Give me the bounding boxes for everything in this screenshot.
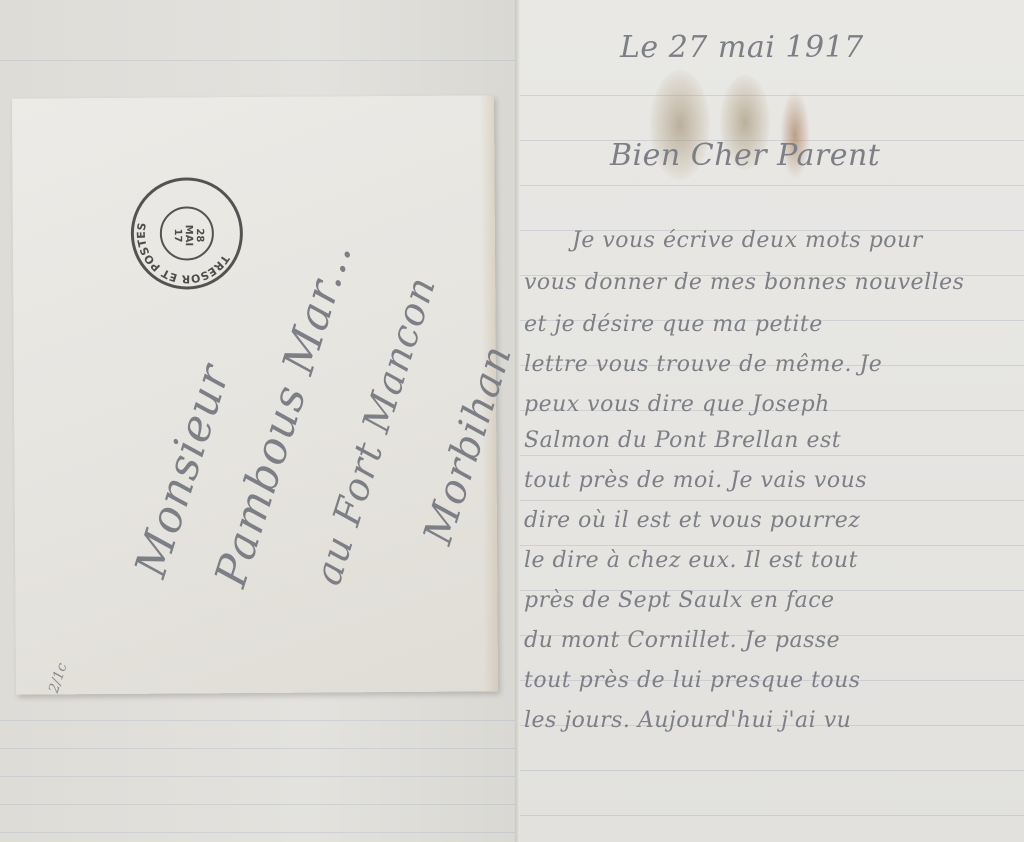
letter-line: du mont Cornillet. Je passe <box>524 628 840 653</box>
postmark-date-circle: 28 MAI 17 <box>160 206 214 260</box>
postmark-month: MAI <box>183 225 194 246</box>
letter-line: le dire à chez eux. Il est tout <box>524 548 858 573</box>
letter-salutation: Bien Cher Parent <box>610 138 880 173</box>
letter-line: Salmon du Pont Brellan est <box>524 428 841 453</box>
letter-page: Le 27 mai 1917 Bien Cher Parent Je vous … <box>520 0 1024 842</box>
letter-line: les jours. Aujourd'hui j'ai vu <box>524 708 851 733</box>
letter-date: Le 27 mai 1917 <box>620 30 864 65</box>
letter-line: tout près de moi. Je vais vous <box>524 468 867 493</box>
letter-line: Je vous écrive deux mots pour <box>572 228 923 253</box>
letter-line: vous donner de mes bonnes nouvelles <box>524 270 964 295</box>
postmark: TRESOR ET POSTES 28 MAI 17 <box>130 177 243 290</box>
letter-line: et je désire que ma petite <box>524 312 823 337</box>
envelope: TRESOR ET POSTES 28 MAI 17 Monsieur Pamb… <box>12 95 498 694</box>
postmark-year: 17 <box>172 229 183 243</box>
letter-line: lettre vous trouve de même. Je <box>524 352 882 377</box>
postmark-day: 28 <box>194 228 205 242</box>
letter-line: près de Sept Saulx en face <box>524 588 835 613</box>
letter-line: tout près de lui presque tous <box>524 668 861 693</box>
letter-line: peux vous dire que Joseph <box>524 392 830 417</box>
letter-line: dire où il est et vous pourrez <box>524 508 860 533</box>
